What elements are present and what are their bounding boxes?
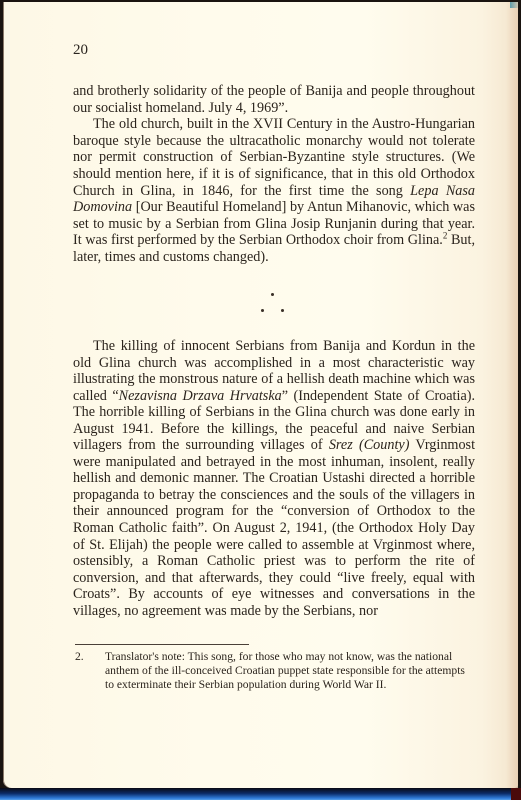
section-break-ornament-icon: [258, 291, 288, 321]
footnote: 2. Translator's note: This song, for tho…: [75, 650, 475, 692]
footnote-divider: [75, 644, 249, 645]
state-name: Nezavisna Drzava Hrvatska: [119, 388, 282, 404]
bottom-corner: [511, 788, 521, 800]
paragraph-old-church: The old church, built in the XVII Centur…: [73, 116, 475, 265]
paragraph-continuation: and brotherly solidarity of the people o…: [73, 83, 475, 116]
footnote-text: Translator's note: This song, for those …: [105, 650, 475, 692]
lower-text-block: The killing of innocent Serbians from Ba…: [73, 338, 475, 619]
paragraph-killing: The killing of innocent Serbians from Ba…: [73, 338, 475, 619]
bottom-background-strip: [0, 788, 521, 800]
page-edge-shadow: [506, 2, 518, 788]
county-name: Srez (County): [329, 437, 410, 453]
book-page: 20 and brotherly solidarity of the peopl…: [3, 2, 518, 788]
upper-text-block: and brotherly solidarity of the people o…: [73, 83, 475, 266]
footnote-number: 2.: [75, 650, 105, 692]
page-number: 20: [73, 42, 88, 59]
